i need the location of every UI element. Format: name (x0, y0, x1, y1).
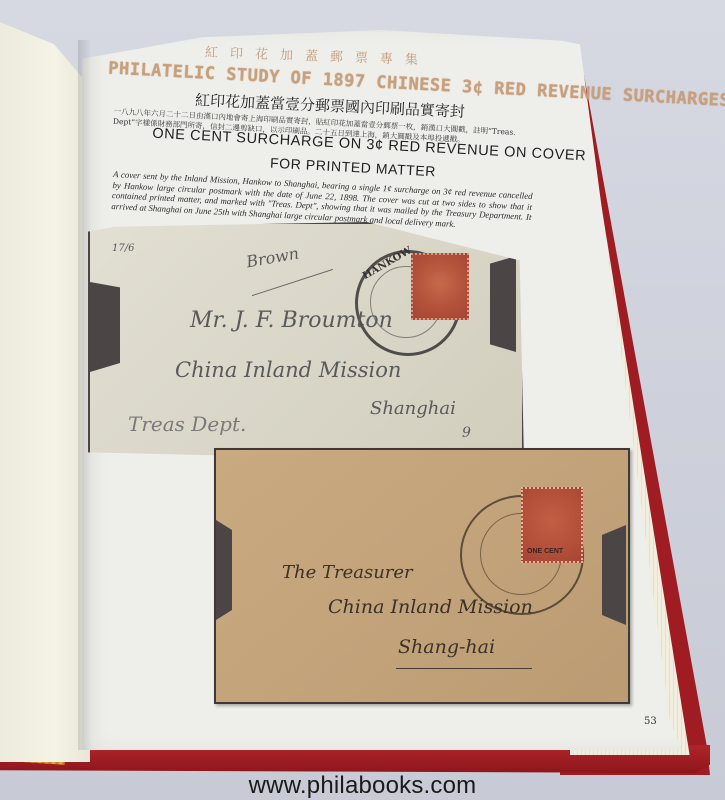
small-mark: 9 (462, 425, 471, 441)
mount-corner-left (90, 282, 120, 372)
address-underline (396, 668, 532, 669)
address-line-2: China Inland Mission (175, 358, 401, 382)
mount-corner-right (490, 256, 516, 352)
address-line-1: Mr. J. F. Broumton (190, 308, 393, 333)
watermark-url: www.philabooks.com (0, 772, 725, 800)
stamp-surcharge-text: ONE CENT (527, 548, 563, 555)
address-line-1: The Treasurer (282, 562, 413, 583)
corner-note: 17/6 (112, 243, 134, 254)
sender-note: Treas Dept. (128, 412, 246, 436)
mount-corner-left (216, 520, 232, 620)
mount-corner-right (602, 525, 626, 625)
address-line-2: China Inland Mission (328, 596, 533, 618)
red-revenue-stamp-2: ONE CENT (521, 487, 583, 563)
left-page (0, 22, 90, 762)
address-line-3: Shang-hai (398, 636, 495, 658)
page-number: 53 (644, 716, 657, 727)
red-revenue-stamp-1 (411, 253, 469, 320)
address-line-3: Shanghai (370, 398, 456, 419)
